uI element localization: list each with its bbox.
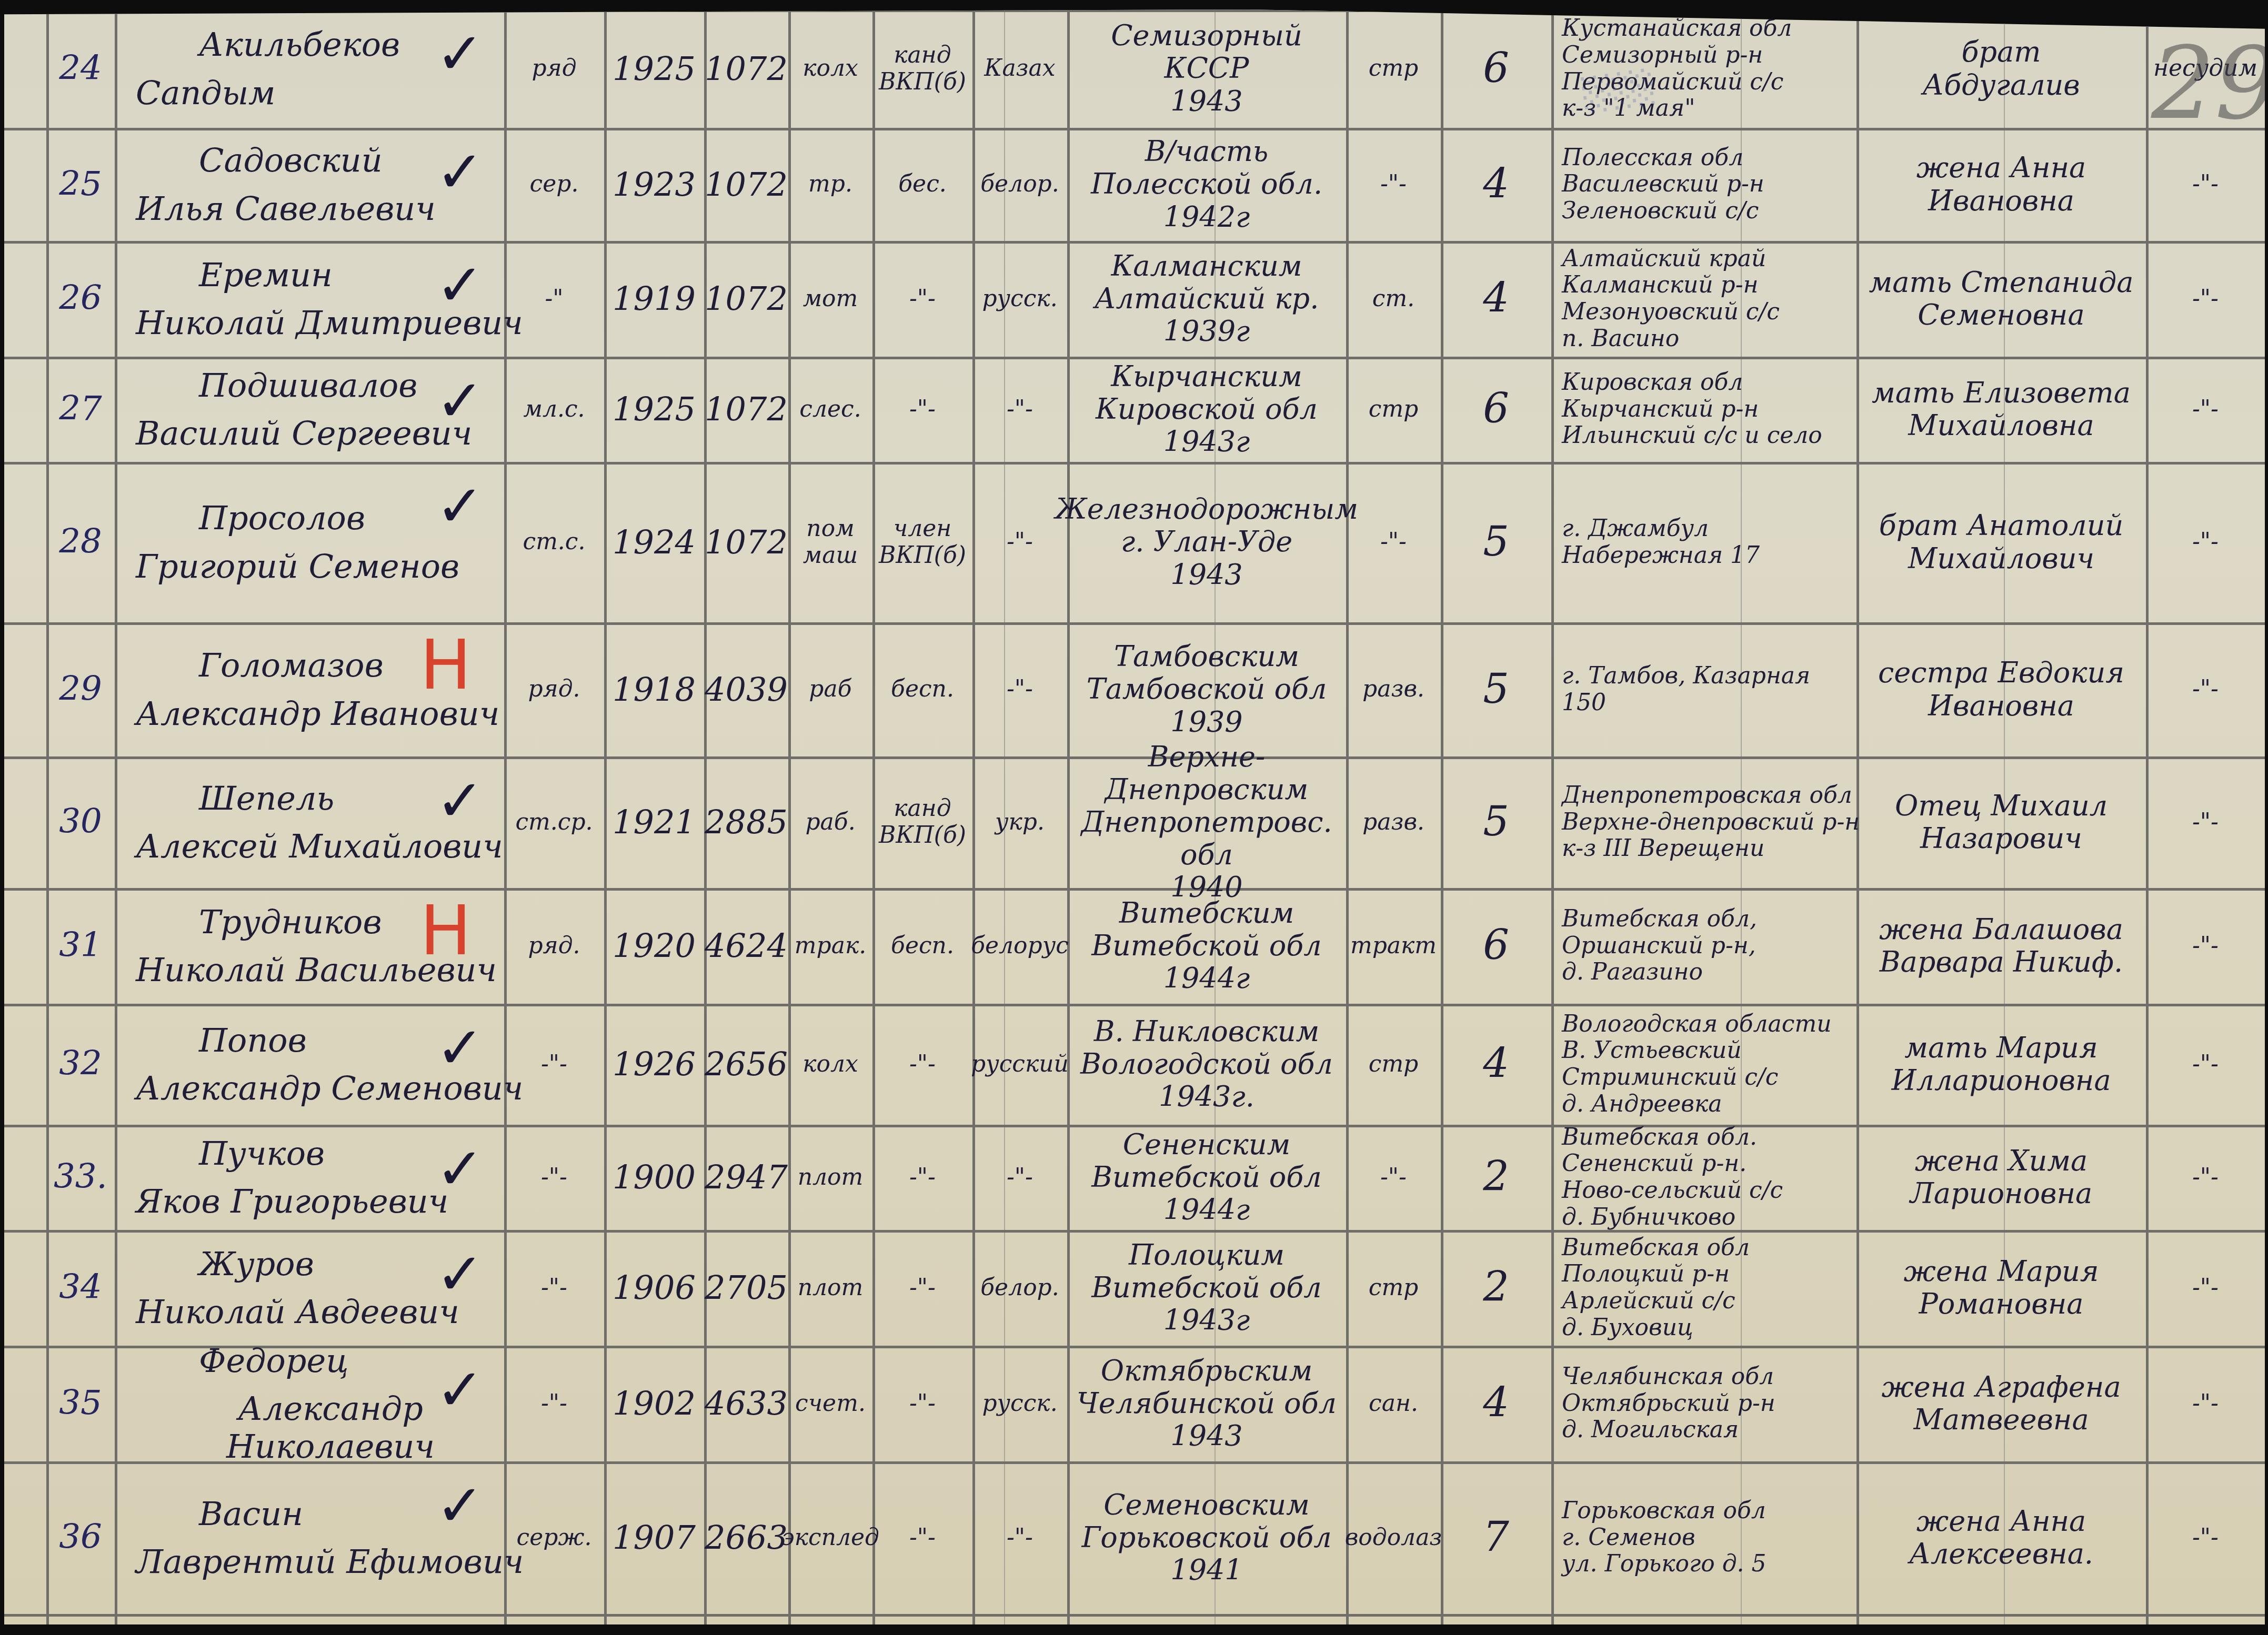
check-mark-icon: ✓: [436, 20, 484, 87]
next-of-kin: Отец МихаилНазарович: [1856, 756, 2146, 888]
table-row: 34 Журов Николай Авдеевич -"- 1906 2705 …: [4, 1230, 2265, 1346]
text-line: Челябинской обл: [1077, 1387, 1337, 1420]
specialty: -"-: [1346, 462, 1441, 622]
next-of-kin: брат АнатолийМихайлович: [1856, 462, 2146, 622]
text-line: Мезонуовский с/с: [1562, 299, 1780, 326]
draft-office: СененскимВитебской обл1944г: [1067, 1125, 1346, 1230]
nationality: белор.: [972, 128, 1067, 241]
red-n-mark: Н: [420, 891, 471, 971]
specialty: -"-: [1346, 128, 1441, 241]
text-line: Железнодорожным: [1055, 493, 1358, 526]
number-value: 6: [1441, 9, 1551, 128]
note: -"-: [2146, 462, 2265, 622]
rank: -": [504, 241, 604, 357]
row-number: 28: [46, 462, 115, 622]
surname: Федорец: [199, 1342, 348, 1379]
text-line: к-з III Верещени: [1562, 835, 1764, 862]
text-line: Днепропетровс. обл: [1067, 806, 1346, 871]
home-address: Вологодская областиВ. УстьевскийСтриминс…: [1551, 1004, 1867, 1125]
party-membership: бес.: [872, 128, 972, 241]
surname: Акильбеков: [199, 26, 400, 63]
birth-year: 1921: [604, 756, 704, 888]
text-line: Ивановна: [1928, 690, 2074, 722]
given-name-patronymic: Илья Савельевич: [136, 190, 436, 227]
text-line: Кырчанским: [1111, 360, 1302, 393]
given-name-patronymic: Василий Сергеевич: [136, 415, 472, 452]
text-line: 1942г: [1163, 201, 1250, 234]
check-mark-icon: ✓: [436, 1135, 484, 1203]
table-row: 30 Шепель Алексей Михайлович ст.ср. 1921…: [4, 756, 2265, 888]
draft-office: В/частьПолесской обл.1942г: [1067, 128, 1346, 241]
text-line: 1943г.: [1159, 1081, 1255, 1113]
text-line: Набережная 17: [1562, 542, 1760, 569]
surname: Пучков: [199, 1135, 325, 1172]
text-line: Полесской обл.: [1091, 168, 1322, 200]
text-line: Кировской обл: [1096, 393, 1318, 426]
birth-year: 1924: [604, 462, 704, 622]
text-line: сестра Евдокия: [1878, 657, 2124, 689]
specialty: ст.: [1346, 241, 1441, 357]
party-membership: -"-: [872, 1125, 972, 1230]
unit-number: 1072: [704, 241, 788, 357]
unit-number: 4633: [704, 1346, 788, 1461]
text-line: Вологодская области: [1562, 1011, 1832, 1038]
text-line: Витебская обл: [1562, 1235, 1750, 1261]
nationality: белор.: [972, 1230, 1067, 1346]
row-number: 29: [46, 622, 115, 756]
note: -"-: [2146, 1346, 2265, 1461]
profession: счет.: [788, 1346, 872, 1461]
surname: Просолов: [199, 499, 365, 537]
text-line: Днепропетровская обл: [1562, 782, 1852, 809]
nationality: русск.: [972, 241, 1067, 357]
home-address: Челябинская облОктябрьский р-нд. Могильс…: [1551, 1346, 1867, 1461]
birth-year: 1923: [604, 128, 704, 241]
text-line: жена Балашова: [1879, 913, 2123, 946]
party-membership: член ВКП(б): [872, 462, 972, 622]
text-line: 1943г: [1163, 1304, 1250, 1337]
text-line: Ново-сельский с/с: [1562, 1177, 1783, 1204]
check-mark-icon: ✓: [436, 1472, 484, 1539]
text-line: 1939г: [1163, 315, 1250, 348]
profession: пом маш: [788, 462, 872, 622]
text-line: Оршанский р-н,: [1562, 933, 1756, 960]
unit-number: 1072: [704, 462, 788, 622]
rank: -"-: [504, 1230, 604, 1346]
text-line: Полоцким: [1129, 1239, 1284, 1271]
text-line: Семизорный: [1111, 19, 1302, 52]
draft-office: ПолоцкимВитебской обл1943г: [1067, 1230, 1346, 1346]
next-of-kin: мать ЕлизоветаМихайловна: [1856, 357, 2146, 462]
text-line: Романовна: [1919, 1288, 2083, 1320]
text-line: Алексеевна.: [1909, 1538, 2093, 1570]
table-row: 25 Садовский Илья Савельевич сер. 1923 1…: [4, 128, 2265, 241]
specialty: сан.: [1346, 1346, 1441, 1461]
row-number: 36: [46, 1461, 115, 1614]
row-number: 25: [46, 128, 115, 241]
party-membership: канд ВКП(б): [872, 9, 972, 128]
text-line: г. Джамбул: [1562, 516, 1709, 542]
unit-number: 1072: [704, 357, 788, 462]
surname: Васин: [199, 1495, 303, 1532]
home-address: Витебская обл,Оршанский р-н,д. Рагазино: [1551, 888, 1867, 1004]
profession: мот: [788, 241, 872, 357]
row-number: 34: [46, 1230, 115, 1346]
text-line: жена Мария: [1904, 1255, 2099, 1288]
specialty: -"-: [1346, 1125, 1441, 1230]
grid-line-vertical: [2265, 9, 2267, 1624]
specialty: водолаз: [1346, 1461, 1441, 1614]
table-row: 31 Трудников Николай Васильевич ряд. 192…: [4, 888, 2265, 1004]
profession: эксплед: [788, 1461, 872, 1614]
birth-year: 1919: [604, 241, 704, 357]
number-value: 5: [1441, 462, 1551, 622]
next-of-kin: жена БалашоваВарвара Никиф.: [1856, 888, 2146, 1004]
note: -"-: [2146, 357, 2265, 462]
home-address: Витебская обл.Сененский р-н.Ново-сельски…: [1551, 1125, 1867, 1230]
check-mark-icon: ✓: [436, 1356, 484, 1424]
text-line: Василевский р-н: [1562, 171, 1764, 198]
number-value: 4: [1441, 241, 1551, 357]
rank: ст.с.: [504, 462, 604, 622]
text-line: Семизорный р-н: [1562, 42, 1763, 69]
number-value: 4: [1441, 1004, 1551, 1125]
draft-office: Железнодорожнымг. Улан-Уде1943: [1067, 462, 1346, 622]
text-line: брат: [1962, 36, 2041, 68]
nationality: -"-: [972, 462, 1067, 622]
nationality: русский: [972, 1004, 1067, 1125]
nationality: русск.: [972, 1346, 1067, 1461]
table-row: 35 Федорец Александр Николаевич -"- 1902…: [4, 1346, 2265, 1461]
text-line: Кырчанский р-н: [1562, 396, 1759, 423]
surname: Садовский: [199, 142, 383, 179]
specialty: стр: [1346, 357, 1441, 462]
number-value: 6: [1441, 357, 1551, 462]
profession: плот: [788, 1125, 872, 1230]
specialty: стр: [1346, 1230, 1441, 1346]
text-line: Витебская обл,: [1562, 906, 1757, 933]
row-number: 26: [46, 241, 115, 357]
text-line: Витебской обл: [1091, 1271, 1321, 1304]
unit-number: 2885: [704, 756, 788, 888]
specialty: разв.: [1346, 756, 1441, 888]
profession: плот: [788, 1230, 872, 1346]
text-line: Ивановна: [1928, 185, 2074, 217]
number-value: 4: [1441, 1346, 1551, 1461]
home-address: Горьковская облг. Семеновул. Горького д.…: [1551, 1461, 1867, 1614]
draft-office: ОктябрьскимЧелябинской обл1943: [1067, 1346, 1346, 1461]
row-number: 31: [46, 888, 115, 1004]
unit-number: 1072: [704, 128, 788, 241]
text-line: д. Могильская: [1562, 1417, 1739, 1444]
text-line: Тамбовским: [1114, 640, 1299, 673]
party-membership: бесп.: [872, 888, 972, 1004]
given-name-patronymic: Яков Григорьевич: [136, 1183, 448, 1220]
rank: ряд: [504, 9, 604, 128]
table-row: 36 Васин Лаврентий Ефимович серж. 1907 2…: [4, 1461, 2265, 1614]
text-line: 1943г: [1163, 426, 1250, 458]
rank: -"-: [504, 1346, 604, 1461]
next-of-kin: мать МарияИлларионовна: [1856, 1004, 2146, 1125]
text-line: жена Анна: [1916, 1505, 2086, 1538]
surname: Журов: [199, 1245, 314, 1283]
nationality: -"-: [972, 357, 1067, 462]
party-membership: бесп.: [872, 622, 972, 756]
text-line: Горьковской обл: [1081, 1521, 1331, 1554]
specialty: стр: [1346, 1004, 1441, 1125]
text-line: д. Бубничково: [1562, 1204, 1735, 1231]
next-of-kin: сестра ЕвдокияИвановна: [1856, 622, 2146, 756]
rank: мл.с.: [504, 357, 604, 462]
profession: трак.: [788, 888, 872, 1004]
check-mark-icon: ✓: [436, 251, 484, 319]
text-line: Октябрьским: [1101, 1355, 1312, 1387]
profession: колх: [788, 9, 872, 128]
draft-office: ВитебскимВитебской обл1944г: [1067, 888, 1346, 1004]
note: -"-: [2146, 241, 2265, 357]
text-line: В. Никловским: [1094, 1015, 1320, 1048]
number-value: 7: [1441, 1461, 1551, 1614]
text-line: Сененский р-н.: [1562, 1150, 1747, 1177]
text-line: Ильинский с/с и село: [1562, 422, 1822, 449]
note: -"-: [2146, 1125, 2265, 1230]
text-line: Стриминский с/с: [1562, 1064, 1778, 1091]
text-line: Назарович: [1920, 822, 2082, 855]
next-of-kin: мать СтепанидаСеменовна: [1856, 241, 2146, 357]
birth-year: 1920: [604, 888, 704, 1004]
text-line: Кустанайская обл: [1562, 15, 1792, 42]
next-of-kin: жена АграфенаМатвеевна: [1856, 1346, 2146, 1461]
text-line: Алтайский кр.: [1095, 282, 1319, 315]
text-line: Матвеевна: [1913, 1404, 2089, 1436]
given-name-patronymic: Николай Авдеевич: [136, 1293, 459, 1330]
text-line: ул. Горького д. 5: [1562, 1551, 1767, 1578]
draft-office: Верхне-ДнепровскимДнепропетровс. обл1940: [1067, 756, 1346, 888]
unit-number: 1072: [704, 9, 788, 128]
draft-office: ТамбовскимТамбовской обл1939: [1067, 622, 1346, 756]
red-n-mark: Н: [420, 625, 471, 705]
next-of-kin: жена ХимаЛарионовна: [1856, 1125, 2146, 1230]
home-address: Витебская облПолоцкий р-нАрлейский с/сд.…: [1551, 1230, 1867, 1346]
party-membership: -"-: [872, 241, 972, 357]
nationality: -"-: [972, 622, 1067, 756]
text-line: Кировская обл: [1562, 369, 1743, 396]
table-row: 28 Просолов Григорий Семенов ст.с. 1924 …: [4, 462, 2265, 622]
text-line: Отец Михаил: [1895, 790, 2108, 822]
text-line: 1939: [1170, 706, 1242, 739]
given-name-patronymic: Лаврентий Ефимович: [136, 1543, 524, 1580]
surname: Попов: [199, 1022, 307, 1059]
draft-office: В. НикловскимВологодской обл1943г.: [1067, 1004, 1346, 1125]
text-line: Верхне-днепровский р-н: [1562, 809, 1860, 836]
unit-number: 2656: [704, 1004, 788, 1125]
text-line: 1944г: [1163, 962, 1250, 995]
surname: Трудников: [199, 903, 382, 941]
birth-year: 1925: [604, 9, 704, 128]
home-address: Полесская облВасилевский р-нЗеленовский …: [1551, 128, 1867, 241]
birth-year: 1926: [604, 1004, 704, 1125]
page-number-pencil: 29: [2151, 25, 2268, 142]
note: -"-: [2146, 128, 2265, 241]
party-membership: -"-: [872, 1230, 972, 1346]
number-value: 2: [1441, 1230, 1551, 1346]
draft-office: КалманскимАлтайский кр.1939г: [1067, 241, 1346, 357]
rank: сер.: [504, 128, 604, 241]
text-line: Тамбовской обл: [1087, 673, 1327, 705]
text-line: Алтайский край: [1562, 246, 1766, 272]
check-mark-icon: ✓: [436, 472, 484, 540]
check-mark-icon: ✓: [436, 138, 484, 206]
party-membership: -"-: [872, 357, 972, 462]
profession: слес.: [788, 357, 872, 462]
home-address: Алтайский крайКалманский р-нМезонуовский…: [1551, 241, 1867, 357]
unit-number: 4624: [704, 888, 788, 1004]
check-mark-icon: ✓: [436, 1240, 484, 1308]
text-line: Горьковская обл: [1562, 1498, 1766, 1525]
text-line: жена Хима: [1915, 1145, 2088, 1177]
nationality: -"-: [972, 1125, 1067, 1230]
text-line: Витебская обл.: [1562, 1124, 1757, 1151]
draft-office: СемизорныйКССР1943: [1067, 9, 1346, 128]
specialty: тракт: [1346, 888, 1441, 1004]
text-line: брат Анатолий: [1879, 509, 2123, 542]
check-mark-icon: ✓: [436, 367, 484, 435]
next-of-kin: братАбдугалив: [1856, 9, 2146, 128]
text-line: В. Устьевский: [1562, 1037, 1742, 1064]
text-line: д. Андреевка: [1562, 1091, 1722, 1118]
table-row: 27 Подшивалов Василий Сергеевич мл.с. 19…: [4, 357, 2265, 462]
text-line: 1941: [1170, 1554, 1242, 1587]
specialty: стр: [1346, 9, 1441, 128]
draft-office: КырчанскимКировской обл1943г: [1067, 357, 1346, 462]
grid-line-horizontal: [4, 1614, 2265, 1617]
text-line: мать Степанида: [1869, 266, 2134, 299]
note: -"-: [2146, 1230, 2265, 1346]
row-number: 30: [46, 756, 115, 888]
text-line: Калманский р-н: [1562, 272, 1759, 299]
birth-year: 1918: [604, 622, 704, 756]
number-value: 5: [1441, 756, 1551, 888]
text-line: Арлейский с/с: [1562, 1288, 1735, 1315]
text-line: г. Тамбов, Казарная: [1562, 663, 1810, 690]
number-value: 6: [1441, 888, 1551, 1004]
note: -"-: [2146, 622, 2265, 756]
check-mark-icon: ✓: [436, 767, 484, 834]
text-line: Полесская обл: [1562, 145, 1743, 171]
text-line: г. Семенов: [1562, 1525, 1695, 1551]
rank: -"-: [504, 1125, 604, 1230]
row-number: 32: [46, 1004, 115, 1125]
text-line: Октябрьский р-н: [1562, 1390, 1775, 1417]
number-value: 2: [1441, 1125, 1551, 1230]
text-line: 1944г: [1163, 1194, 1250, 1226]
rank: -"-: [504, 1004, 604, 1125]
rank: ст.ср.: [504, 756, 604, 888]
text-line: г. Улан-Уде: [1121, 526, 1292, 558]
text-line: Витебским: [1119, 897, 1294, 930]
profession: колх: [788, 1004, 872, 1125]
next-of-kin: жена МарияРомановна: [1856, 1230, 2146, 1346]
given-name-patronymic: Григорий Семенов: [136, 548, 459, 585]
specialty: разв.: [1346, 622, 1441, 756]
birth-year: 1902: [604, 1346, 704, 1461]
note: -"-: [2146, 888, 2265, 1004]
text-line: Варвара Никиф.: [1880, 946, 2123, 978]
home-address: Кировская облКырчанский р-нИльинский с/с…: [1551, 357, 1867, 462]
table-row: 32 Попов Александр Семенович -"- 1926 26…: [4, 1004, 2265, 1125]
unit-number: 2705: [704, 1230, 788, 1346]
profession: раб: [788, 622, 872, 756]
row-number: 33.: [46, 1125, 115, 1230]
nationality: белорус: [972, 888, 1067, 1004]
text-line: Челябинская обл: [1562, 1364, 1774, 1390]
text-line: 1943: [1170, 85, 1242, 118]
text-line: 1943: [1170, 559, 1242, 591]
table-row: 24 Акильбеков Сапдым ряд 1925 1072 колх …: [4, 9, 2265, 128]
text-line: Ларионовна: [1910, 1177, 2092, 1210]
rank: ряд.: [504, 888, 604, 1004]
row-number: 24: [46, 9, 115, 128]
text-line: Витебской обл: [1091, 1161, 1321, 1194]
surname: Еремин: [199, 256, 333, 294]
birth-year: 1900: [604, 1125, 704, 1230]
text-line: Вологодской обл: [1080, 1048, 1333, 1081]
text-line: 150: [1562, 690, 1606, 716]
unit-number: 2663: [704, 1461, 788, 1614]
text-line: Калманским: [1111, 250, 1302, 282]
next-of-kin: жена АннаИвановна: [1856, 128, 2146, 241]
row-number: 35: [46, 1346, 115, 1461]
party-membership: -"-: [872, 1461, 972, 1614]
draft-office: СеменовскимГорьковской обл1941: [1067, 1461, 1346, 1614]
nationality: укр.: [972, 756, 1067, 888]
text-line: мать Мария: [1904, 1032, 2098, 1064]
given-name-patronymic: Сапдым: [136, 74, 276, 112]
party-membership: канд ВКП(б): [872, 756, 972, 888]
row-number: 27: [46, 357, 115, 462]
rank: ряд.: [504, 622, 604, 756]
note: -"-: [2146, 756, 2265, 888]
text-line: Зеленовский с/с: [1562, 198, 1759, 225]
profession: тр.: [788, 128, 872, 241]
text-line: жена Аграфена: [1881, 1371, 2121, 1404]
text-line: Полоцкий р-н: [1562, 1261, 1730, 1288]
text-line: Сененским: [1123, 1128, 1290, 1161]
text-line: жена Анна: [1916, 152, 2086, 184]
text-line: Михайлович: [1908, 542, 2094, 575]
number-value: 4: [1441, 128, 1551, 241]
text-line: Витебской обл: [1091, 930, 1321, 962]
note: -"-: [2146, 1004, 2265, 1125]
rank: серж.: [504, 1461, 604, 1614]
home-address: г. ДжамбулНабережная 17: [1551, 462, 1867, 622]
next-of-kin: жена АннаАлексеевна.: [1856, 1461, 2146, 1614]
unit-number: 2947: [704, 1125, 788, 1230]
archival-document-sheet: 24 Акильбеков Сапдым ряд 1925 1072 колх …: [4, 9, 2265, 1624]
text-line: Семеновским: [1103, 1489, 1310, 1521]
surname: Подшивалов: [199, 367, 417, 404]
text-line: Абдугалив: [1922, 69, 2080, 102]
text-line: В/часть: [1145, 135, 1269, 168]
text-line: Михайловна: [1908, 409, 2094, 442]
birth-year: 1925: [604, 357, 704, 462]
note: -"-: [2146, 1461, 2265, 1614]
birth-year: 1906: [604, 1230, 704, 1346]
table-row: 33. Пучков Яков Григорьевич -"- 1900 294…: [4, 1125, 2265, 1230]
text-line: п. Васино: [1562, 326, 1679, 352]
text-line: 1943: [1170, 1420, 1242, 1452]
home-address: г. Тамбов, Казарная150: [1551, 622, 1867, 756]
